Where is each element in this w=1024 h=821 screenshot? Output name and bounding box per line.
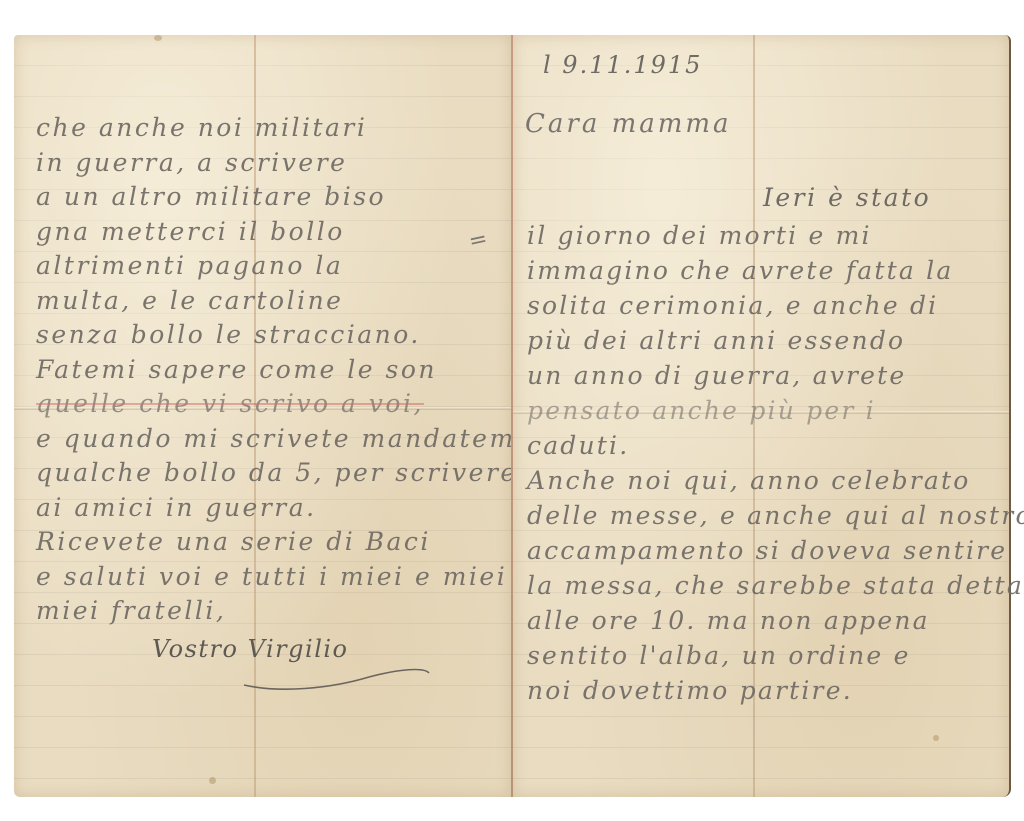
text-line: alle ore 10. ma non appena <box>527 603 997 638</box>
text-line: solita cerimonia, e anche di <box>527 288 997 323</box>
text-line: sentito l'alba, un ordine e <box>527 638 997 673</box>
text-line: e quando mi scrivete mandatemi <box>36 422 526 457</box>
text-line: il giorno dei morti e mi <box>527 218 997 253</box>
text-line: in guerra, a scrivere <box>36 146 526 181</box>
text-line: più dei altri anni essendo <box>527 323 997 358</box>
signature: Vostro Virgilio <box>152 635 349 663</box>
text-line: Anche noi qui, anno celebrato <box>527 463 997 498</box>
letter-greeting: Cara mamma <box>525 109 732 139</box>
text-line: Fatemi sapere come le son <box>36 353 526 388</box>
first-line-indented: Ieri è stato <box>763 183 931 212</box>
text-line: accampamento si doveva sentire <box>527 533 997 568</box>
text-line: delle messe, e anche qui al nostro <box>527 498 997 533</box>
letter-date: l 9.11.1915 <box>543 51 702 79</box>
right-page: l 9.11.1915 Cara mamma Ieri è stato il g… <box>513 35 1011 797</box>
text-line: a un altro militare biso <box>36 180 526 215</box>
text-line: pensato anche più per i <box>527 393 997 428</box>
signature-flourish-icon <box>239 663 439 693</box>
text-line: che anche noi militari <box>36 111 526 146</box>
right-page-text: il giorno dei morti e mi immagino che av… <box>527 218 997 708</box>
text-line: noi dovettimo partire. <box>527 673 997 708</box>
text-line: senza bollo le stracciano. <box>36 318 526 353</box>
text-line: e saluti voi e tutti i miei e miei <box>36 560 526 595</box>
text-line: un anno di guerra, avrete <box>527 358 997 393</box>
text-line: multa, e le cartoline <box>36 284 526 319</box>
text-line: la messa, che sarebbe stata detta <box>527 568 997 603</box>
left-page: che anche noi militari in guerra, a scri… <box>14 35 511 797</box>
paper-stain <box>933 735 939 741</box>
text-line: qualche bollo da 5, per scrivere <box>36 456 526 491</box>
text-line: immagino che avrete fatta la <box>527 253 997 288</box>
text-line: miei fratelli, <box>36 594 526 629</box>
text-line: caduti. <box>527 428 997 463</box>
text-line: quelle che vi scrivo a voi, <box>36 387 526 422</box>
paper-stain <box>209 777 216 784</box>
left-page-text: che anche noi militari in guerra, a scri… <box>36 111 526 629</box>
text-line: altrimenti pagano la <box>36 249 526 284</box>
text-line: ai amici in guerra. <box>36 491 526 526</box>
paper-stain <box>154 35 162 41</box>
text-line: gna metterci il bollo <box>36 215 526 250</box>
letter-sheet: che anche noi militari in guerra, a scri… <box>14 35 1009 797</box>
text-line: Ricevete una serie di Baci <box>36 525 526 560</box>
